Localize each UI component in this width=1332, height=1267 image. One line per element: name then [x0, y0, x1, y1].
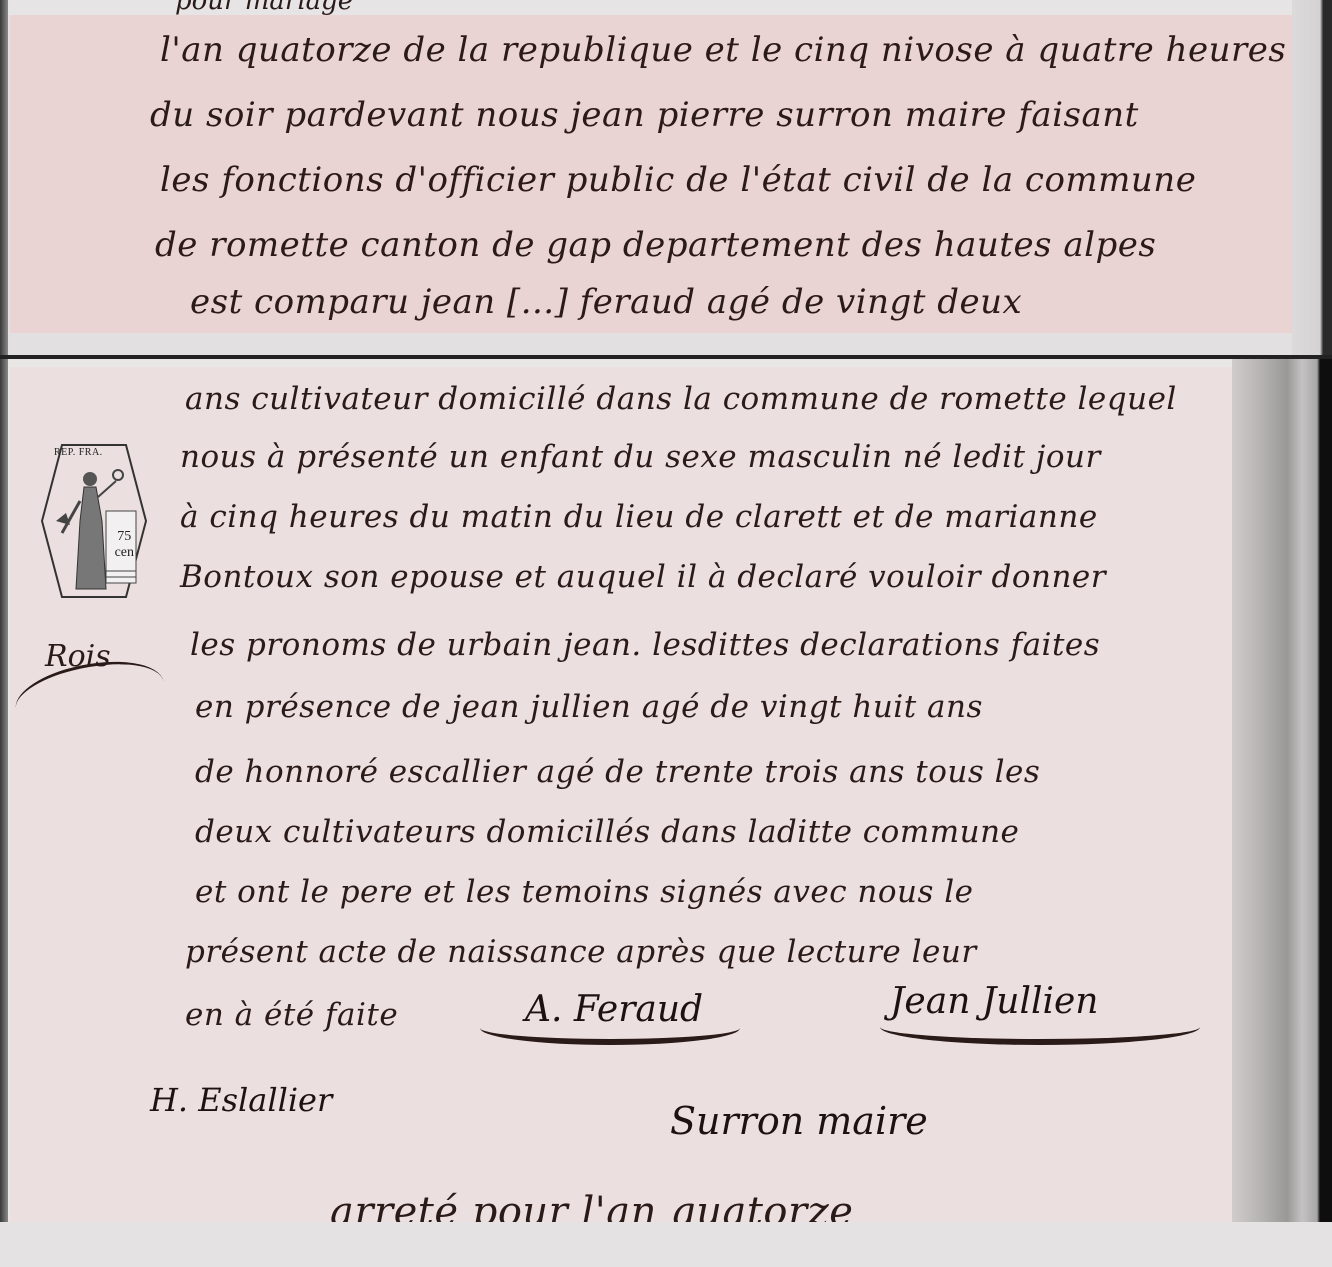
right-page-binding-edge	[1232, 359, 1332, 1267]
text-line-11: en présence de jean jullien agé de vingt…	[195, 689, 983, 725]
text-line-3: les fonctions d'officier public de l'éta…	[160, 160, 1196, 200]
text-line-10: les pronoms de urbain jean. lesdittes de…	[190, 627, 1100, 663]
text-line-14: et ont le pere et les temoins signés ave…	[195, 874, 974, 910]
right-page-edge-top	[1292, 0, 1332, 355]
text-line-13: deux cultivateurs domicillés dans laditt…	[195, 814, 1019, 850]
text-line-7: nous à présenté un enfant du sexe mascul…	[180, 439, 1101, 475]
bottom-unhighlighted-band	[0, 1222, 1332, 1267]
stamp-value-unit: cen	[115, 545, 134, 561]
text-line-16: en à été faite	[185, 997, 398, 1033]
bottom-scan-page: REP. FRA. 75 cen Rois ans cultivateur do…	[0, 355, 1332, 1267]
previous-entry-fragment: pour mariage	[175, 0, 353, 16]
text-line-4: de romette canton de gap departement des…	[155, 225, 1156, 265]
stamp-value-number: 75	[115, 529, 134, 545]
stamp-denomination: 75 cen	[115, 529, 134, 561]
stamp-label: REP. FRA.	[54, 447, 103, 458]
text-line-6: ans cultivateur domicillé dans la commun…	[185, 381, 1177, 417]
signature-witness-jullien-flourish	[880, 1009, 1200, 1045]
left-page-edge	[0, 0, 8, 355]
signature-witness-eslallier: H. Eslallier	[150, 1081, 332, 1119]
text-line-12: de honnoré escallier agé de trente trois…	[195, 754, 1040, 790]
fiscal-stamp: REP. FRA. 75 cen	[40, 441, 148, 601]
top-scan-fragment: pour mariage l'an quatorze de la republi…	[0, 0, 1332, 355]
text-line-15: présent acte de naissance après que lect…	[185, 934, 977, 970]
signature-father-flourish	[480, 1011, 740, 1045]
text-line-8: à cinq heures du matin du lieu de claret…	[180, 499, 1098, 535]
text-line-5: est comparu jean [...] feraud agé de vin…	[190, 282, 1022, 322]
signature-mayor: Surron maire	[670, 1099, 928, 1143]
left-page-edge	[0, 359, 8, 1267]
text-line-9: Bontoux son epouse et auquel il à declar…	[180, 559, 1106, 595]
marianne-stamp-icon	[40, 441, 148, 601]
text-line-2: du soir pardevant nous jean pierre surro…	[150, 95, 1139, 135]
text-line-1: l'an quatorze de la republique et le cin…	[160, 30, 1286, 70]
